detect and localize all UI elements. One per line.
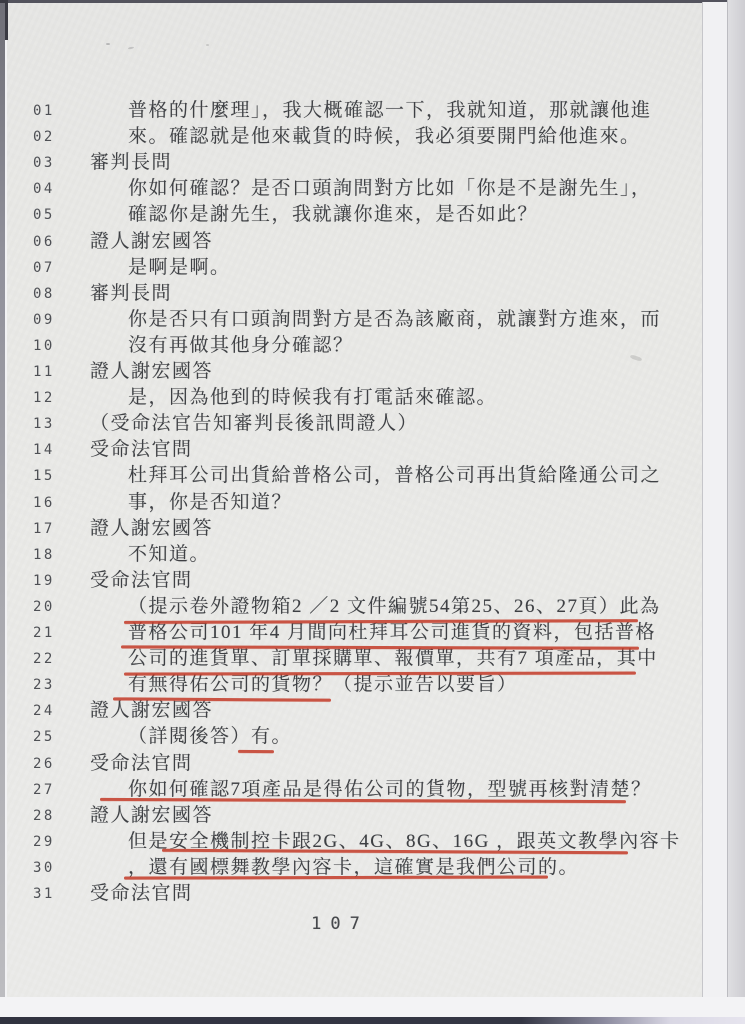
transcript-line: 28證人謝宏國答 bbox=[0, 803, 745, 829]
line-text: 你是否只有口頭詢問對方是否為該廠商，就讓對方進來，而 bbox=[128, 307, 661, 333]
line-number: 04 bbox=[33, 176, 55, 202]
line-number: 16 bbox=[33, 490, 55, 516]
transcript-line: 22公司的進貨單、訂單採購單、報價單，共有7 項產品，其中 bbox=[0, 646, 745, 672]
transcript-line: 04你如何確認？是否口頭詢問對方比如「你是不是謝先生」， bbox=[0, 176, 745, 202]
line-text: 公司的進貨單、訂單採購單、報價單，共有7 項產品，其中 bbox=[128, 646, 658, 672]
line-number: 27 bbox=[33, 777, 55, 803]
transcript-line: 12是，因為他到的時候我有打電話來確認。 bbox=[0, 385, 745, 411]
line-number: 19 bbox=[33, 568, 55, 594]
line-number: 30 bbox=[33, 855, 55, 881]
line-number: 12 bbox=[33, 385, 55, 411]
line-text: 普格公司101 年4 月間向杜拜耳公司進貨的資料，包括普格 bbox=[128, 620, 656, 646]
transcript-line: 10沒有再做其他身分確認？ bbox=[0, 333, 745, 359]
line-number: 15 bbox=[33, 463, 55, 489]
transcript-line: 19受命法官問 bbox=[0, 568, 745, 594]
line-text: 證人謝宏國答 bbox=[90, 359, 213, 385]
transcript-line: 09你是否只有口頭詢問對方是否為該廠商，就讓對方進來，而 bbox=[0, 307, 745, 333]
line-text: 沒有再做其他身分確認？ bbox=[128, 333, 354, 359]
line-text: 你如何確認？是否口頭詢問對方比如「你是不是謝先生」， bbox=[128, 176, 652, 202]
line-number: 08 bbox=[33, 281, 55, 307]
transcript-line: 14受命法官問 bbox=[0, 437, 745, 463]
line-text: （詳閱後答）有。 bbox=[128, 724, 292, 750]
line-text: 杜拜耳公司出貨給普格公司，普格公司再出貨給隆通公司之 bbox=[128, 463, 661, 489]
line-text: 來。確認就是他來載貨的時候，我必須要開門給他進來。 bbox=[128, 124, 641, 150]
line-number: 05 bbox=[33, 202, 55, 228]
transcript-line: 05確認你是謝先生，我就讓你進來，是否如此？ bbox=[0, 202, 745, 228]
line-number: 09 bbox=[33, 307, 55, 333]
line-text: 證人謝宏國答 bbox=[90, 516, 213, 542]
transcript-line: 26受命法官問 bbox=[0, 751, 745, 777]
line-text: 審判長問 bbox=[90, 150, 172, 176]
line-number: 01 bbox=[33, 98, 55, 124]
line-number: 25 bbox=[33, 724, 55, 750]
transcript-line: 07是啊是啊。 bbox=[0, 255, 745, 281]
line-text: 不知道。 bbox=[128, 542, 210, 568]
transcript-line: 24證人謝宏國答 bbox=[0, 698, 745, 724]
transcript-line: 17證人謝宏國答 bbox=[0, 516, 745, 542]
transcript-line: 13（受命法官告知審判長後訊問證人） bbox=[0, 411, 745, 437]
line-number: 03 bbox=[33, 150, 55, 176]
scanner-strip-bottom-white bbox=[0, 997, 745, 1017]
dust-speck bbox=[206, 44, 209, 46]
scanner-edge-top bbox=[0, 0, 745, 3]
line-number: 17 bbox=[33, 516, 55, 542]
line-number: 28 bbox=[33, 803, 55, 829]
line-number: 22 bbox=[33, 646, 55, 672]
line-number: 14 bbox=[33, 437, 55, 463]
line-number: 24 bbox=[33, 698, 55, 724]
line-number: 31 bbox=[33, 881, 55, 907]
line-text: 受命法官問 bbox=[90, 568, 193, 594]
transcript-line: 21普格公司101 年4 月間向杜拜耳公司進貨的資料，包括普格 bbox=[0, 620, 745, 646]
line-number: 13 bbox=[33, 411, 55, 437]
transcript-line: 25（詳閱後答）有。 bbox=[0, 724, 745, 750]
line-text: 受命法官問 bbox=[90, 437, 193, 463]
line-number: 06 bbox=[33, 229, 55, 255]
line-number: 26 bbox=[33, 751, 55, 777]
line-text: 受命法官問 bbox=[90, 881, 193, 907]
line-number: 10 bbox=[33, 333, 55, 359]
line-text: （受命法官告知審判長後訊問證人） bbox=[90, 411, 418, 437]
line-number: 20 bbox=[33, 594, 55, 620]
transcript-line: 02來。確認就是他來載貨的時候，我必須要開門給他進來。 bbox=[0, 124, 745, 150]
dust-speck bbox=[106, 43, 110, 45]
line-number: 11 bbox=[33, 359, 55, 385]
line-number: 29 bbox=[33, 829, 55, 855]
line-number: 21 bbox=[33, 620, 55, 646]
line-text: 確認你是謝先生，我就讓你進來，是否如此？ bbox=[128, 202, 538, 228]
line-text: 事，你是否知道？ bbox=[128, 490, 292, 516]
transcript-line: 11證人謝宏國答 bbox=[0, 359, 745, 385]
line-text: 證人謝宏國答 bbox=[90, 803, 213, 829]
line-number: 07 bbox=[33, 255, 55, 281]
line-text: 有無得佑公司的貨物？（提示並告以要旨） bbox=[128, 672, 518, 698]
transcript-line: 06證人謝宏國答 bbox=[0, 229, 745, 255]
line-text: （提示卷外證物箱2 ／2 文件編號54第25、26、27頁）此為 bbox=[128, 594, 661, 620]
line-text: 普格的什麼理」，我大概確認一下，我就知道，那就讓他進 bbox=[128, 98, 652, 124]
line-text: 是，因為他到的時候我有打電話來確認。 bbox=[128, 385, 497, 411]
scanner-edge-bottom bbox=[0, 1017, 745, 1024]
line-number: 18 bbox=[33, 542, 55, 568]
transcript-line: 31受命法官問 bbox=[0, 881, 745, 907]
transcript-line: 18不知道。 bbox=[0, 542, 745, 568]
line-text: 是啊是啊。 bbox=[128, 255, 231, 281]
line-text: 審判長問 bbox=[90, 281, 172, 307]
transcript-line: 15杜拜耳公司出貨給普格公司，普格公司再出貨給隆通公司之 bbox=[0, 463, 745, 489]
line-text: 證人謝宏國答 bbox=[90, 698, 213, 724]
transcript-line: 16事，你是否知道？ bbox=[0, 490, 745, 516]
line-number: 02 bbox=[33, 124, 55, 150]
page-number: 107 bbox=[255, 914, 425, 934]
line-number: 23 bbox=[33, 672, 55, 698]
transcript-line: 03審判長問 bbox=[0, 150, 745, 176]
transcript-line: 20（提示卷外證物箱2 ／2 文件編號54第25、26、27頁）此為 bbox=[0, 594, 745, 620]
transcript-line: 01普格的什麼理」，我大概確認一下，我就知道，那就讓他進 bbox=[0, 98, 745, 124]
line-text: 證人謝宏國答 bbox=[90, 229, 213, 255]
transcript-line: 23有無得佑公司的貨物？（提示並告以要旨） bbox=[0, 672, 745, 698]
scanned-document-page: 01普格的什麼理」，我大概確認一下，我就知道，那就讓他進02來。確認就是他來載貨… bbox=[0, 0, 745, 1024]
transcript-line: 08審判長問 bbox=[0, 281, 745, 307]
line-text: 受命法官問 bbox=[90, 751, 193, 777]
